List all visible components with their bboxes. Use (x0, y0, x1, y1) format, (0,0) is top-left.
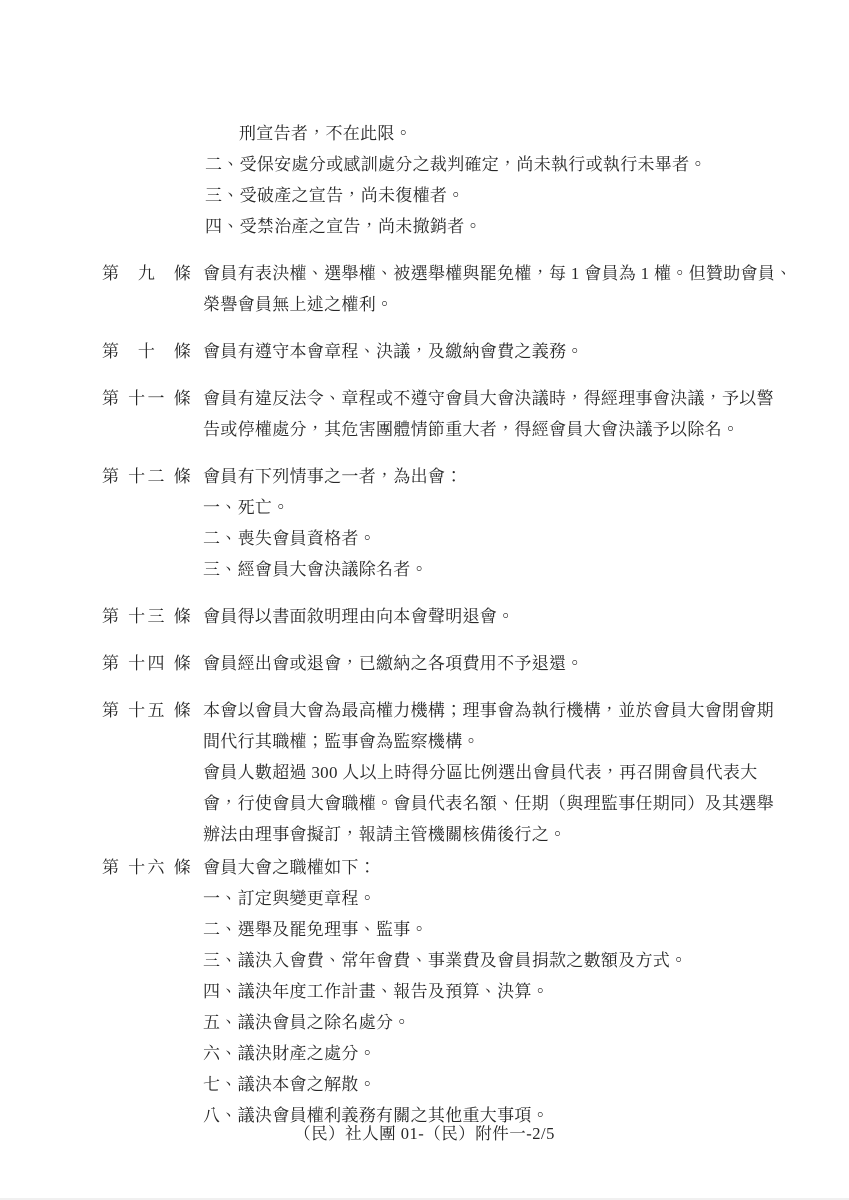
article-body: 會員得以書面敘明理由向本會聲明退會。 (203, 601, 849, 632)
list-item: 三、受破產之宣告，尚未復權者。 (205, 180, 849, 211)
article-number: 第 十二 條 (102, 461, 191, 492)
body-line: 會員經出會或退會，已繳納之各項費用不予退還。 (203, 648, 849, 679)
body-line: 間代行其職權；監事會為監察機構。 (203, 726, 849, 757)
continuation-line: 刑宣告者，不在此限。 (205, 118, 849, 149)
body-line: 辦法由理事會擬訂，報請主管機關核備後行之。 (203, 819, 849, 850)
article-number: 第 九 條 (102, 258, 191, 289)
article-8-continuation: 刑宣告者，不在此限。 二、受保安處分或感訓處分之裁判確定，尚未執行或執行未畢者。… (0, 118, 849, 242)
article-body: 會員有遵守本會章程、決議，及繳納會費之義務。 (203, 336, 849, 367)
body-line: 本會以會員大會為最高權力機構；理事會為執行機構，並於會員大會閉會期 (203, 695, 849, 726)
document-content: 刑宣告者，不在此限。 二、受保安處分或感訓處分之裁判確定，尚未執行或執行未畢者。… (0, 118, 849, 1131)
article-body: 會員大會之職權如下： 一、訂定與變更章程。 二、選舉及罷免理事、監事。 三、議決… (203, 852, 849, 1131)
article-number: 第 十四 條 (102, 648, 191, 679)
list-item: 三、議決入會費、常年會費、事業費及會員捐款之數額及方式。 (203, 945, 849, 976)
article-body: 會員有下列情事之一者，為出會： 一、死亡。 二、喪失會員資格者。 三、經會員大會… (203, 461, 849, 585)
list-item: 三、經會員大會決議除名者。 (203, 554, 849, 585)
body-line: 告或停權處分，其危害團體情節重大者，得經會員大會決議予以除名。 (203, 414, 849, 445)
body-line: 榮譽會員無上述之權利。 (203, 289, 849, 320)
article-body: 會員有表決權、選舉權、被選舉權與罷免權，每 1 會員為 1 權。但贊助會員、 榮… (203, 258, 849, 320)
list-item: 四、受禁治產之宣告，尚未撤銷者。 (205, 211, 849, 242)
list-item: 一、死亡。 (203, 492, 849, 523)
body-line: 會員人數超過 300 人以上時得分區比例選出會員代表，再召開會員代表大 (203, 757, 849, 788)
article-number: 第 十六 條 (102, 852, 191, 883)
list-item: 六、議決財產之處分。 (203, 1038, 849, 1069)
list-item: 二、選舉及罷免理事、監事。 (203, 914, 849, 945)
article-number: 第 十 條 (102, 336, 191, 367)
body-line: 會員有表決權、選舉權、被選舉權與罷免權，每 1 會員為 1 權。但贊助會員、 (203, 258, 849, 289)
body-line: 會員得以書面敘明理由向本會聲明退會。 (203, 601, 849, 632)
article-body: 會員有違反法令、章程或不遵守會員大會決議時，得經理事會決議，予以警 告或停權處分… (203, 383, 849, 445)
article-13: 第 十三 條 會員得以書面敘明理由向本會聲明退會。 (0, 601, 849, 632)
list-item: 四、議決年度工作計畫、報告及預算、決算。 (203, 976, 849, 1007)
list-item: 二、喪失會員資格者。 (203, 523, 849, 554)
list-item: 一、訂定與變更章程。 (203, 883, 849, 914)
article-12: 第 十二 條 會員有下列情事之一者，為出會： 一、死亡。 二、喪失會員資格者。 … (0, 461, 849, 585)
article-number: 第 十一 條 (102, 383, 191, 414)
list-item: 二、受保安處分或感訓處分之裁判確定，尚未執行或執行未畢者。 (205, 149, 849, 180)
article-number: 第 十五 條 (102, 695, 191, 726)
body-line: 會，行使會員大會職權。會員代表名額、任期（與理監事任期同）及其選舉 (203, 788, 849, 819)
document-page: 刑宣告者，不在此限。 二、受保安處分或感訓處分之裁判確定，尚未執行或執行未畢者。… (0, 0, 849, 1200)
article-14: 第 十四 條 會員經出會或退會，已繳納之各項費用不予退還。 (0, 648, 849, 679)
article-11: 第 十一 條 會員有違反法令、章程或不遵守會員大會決議時，得經理事會決議，予以警… (0, 383, 849, 445)
list-item: 七、議決本會之解散。 (203, 1069, 849, 1100)
article-10: 第 十 條 會員有遵守本會章程、決議，及繳納會費之義務。 (0, 336, 849, 367)
list-item: 五、議決會員之除名處分。 (203, 1007, 849, 1038)
article-15: 第 十五 條 本會以會員大會為最高權力機構；理事會為執行機構，並於會員大會閉會期… (0, 695, 849, 850)
page-footer: （民）社人團 01-（民）附件一-2/5 (0, 1120, 849, 1144)
body-line: 會員有遵守本會章程、決議，及繳納會費之義務。 (203, 336, 849, 367)
body-line: 會員大會之職權如下： (203, 852, 849, 883)
article-body: 會員經出會或退會，已繳納之各項費用不予退還。 (203, 648, 849, 679)
article-9: 第 九 條 會員有表決權、選舉權、被選舉權與罷免權，每 1 會員為 1 權。但贊… (0, 258, 849, 320)
article-16: 第 十六 條 會員大會之職權如下： 一、訂定與變更章程。 二、選舉及罷免理事、監… (0, 852, 849, 1131)
body-line: 會員有下列情事之一者，為出會： (203, 461, 849, 492)
body-line: 會員有違反法令、章程或不遵守會員大會決議時，得經理事會決議，予以警 (203, 383, 849, 414)
article-number: 第 十三 條 (102, 601, 191, 632)
article-body: 本會以會員大會為最高權力機構；理事會為執行機構，並於會員大會閉會期 間代行其職權… (203, 695, 849, 850)
